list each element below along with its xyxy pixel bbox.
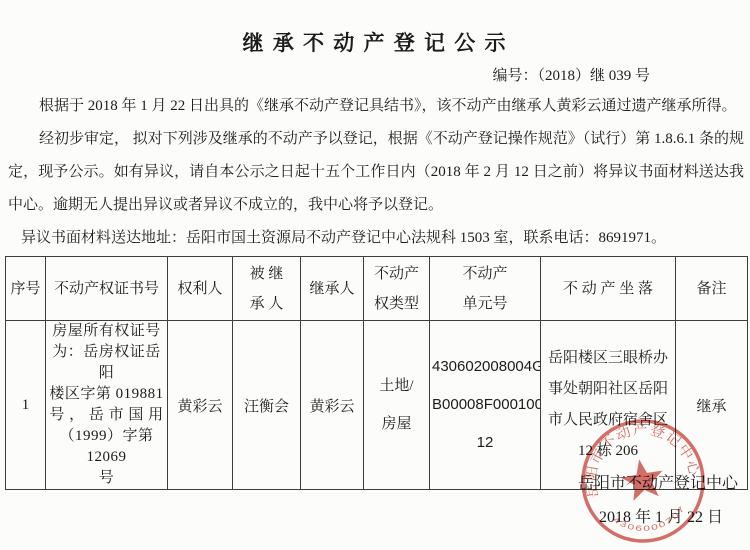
paragraph-objection-address: 异议书面材料送达地址：岳阳市国土资源局不动产登记中心法规科 1503 室，联系电…: [8, 222, 744, 255]
col-header-decedent: 被 继 承 人: [233, 257, 301, 321]
cell-right-type: 土地/ 房屋: [364, 321, 430, 490]
col-header-seq: 序号: [6, 257, 46, 321]
col-header-location: 不 动 产 坐 落: [541, 257, 676, 321]
cell-seq: 1: [6, 321, 46, 490]
body-text: 根据于 2018 年 1 月 22 日出具的《继承不动产登记具结书》，该不动产由…: [8, 90, 744, 255]
issuer-name: 岳阳市不动产登记中心: [578, 470, 738, 493]
issue-date: 2018 年 1 月 22 日: [599, 504, 723, 527]
col-header-heir: 继承人: [301, 257, 364, 321]
cell-heir: 黄彩云: [301, 321, 364, 490]
document-page: 继 承 不 动 产 登 记 公 示 编号：（2018）继 039 号 根据于 2…: [0, 0, 750, 550]
page-title: 继 承 不 动 产 登 记 公 示: [0, 27, 750, 57]
registration-table: 序号 不动产权证书号 权利人 被 继 承 人 继承人 不动产 权类型 不动产 单…: [5, 256, 748, 490]
col-header-unit-no: 不动产 单元号: [430, 257, 541, 321]
table-header-row: 序号 不动产权证书号 权利人 被 继 承 人 继承人 不动产 权类型 不动产 单…: [6, 257, 748, 321]
cell-cert-no: 房屋所有权证号 为：岳房权证岳阳 楼区字第 019881 号 ， 岳 市 国 用…: [46, 321, 168, 490]
cell-holder: 黄彩云: [168, 321, 233, 490]
cell-decedent: 汪衡会: [233, 321, 301, 490]
col-header-right-type: 不动产 权类型: [364, 257, 430, 321]
document-number: 编号：（2018）继 039 号: [492, 64, 650, 85]
col-header-remark: 备注: [676, 257, 748, 321]
table-row: 1 房屋所有权证号 为：岳房权证岳阳 楼区字第 019881 号 ， 岳 市 国…: [6, 321, 748, 490]
paragraph-announcement: 经初步审定， 拟对下列涉及继承的不动产予以登记，根据《不动产登记操作规范》（试行…: [8, 123, 744, 222]
col-header-cert-no: 不动产权证书号: [46, 257, 168, 321]
cell-unit-no: 430602008004G B00008F000100 12: [430, 321, 541, 490]
cell-location: 岳阳楼区三眼桥办 事处朝阳社区岳阳 市人民政府宿舍区 12 栋 206: [541, 321, 676, 490]
col-header-holder: 权利人: [168, 257, 233, 321]
paragraph-basis: 根据于 2018 年 1 月 22 日出具的《继承不动产登记具结书》，该不动产由…: [8, 90, 744, 123]
cell-remark: 继承: [676, 321, 748, 490]
